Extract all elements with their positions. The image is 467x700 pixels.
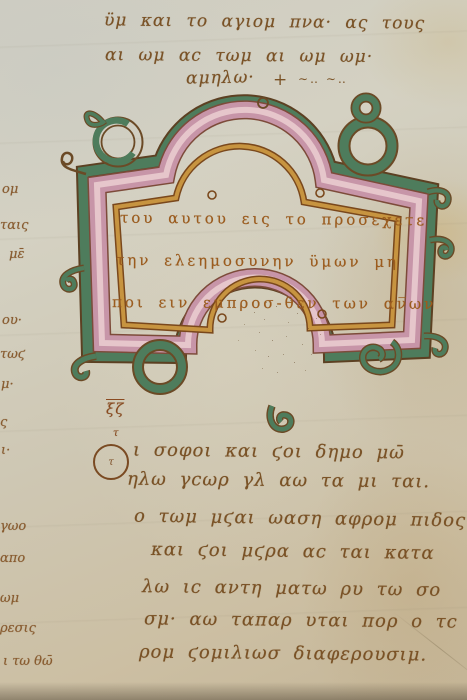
ornament-ring bbox=[316, 189, 324, 197]
initial-circle: τ bbox=[93, 444, 129, 480]
margin-fragment: γωο bbox=[0, 519, 26, 534]
amen-line: αμηλω· bbox=[186, 67, 255, 88]
margin-fragment: ωμ bbox=[0, 591, 19, 606]
doxology-line-2: αι ωμ αϲ τωμ αι ωμ ωμ· bbox=[105, 45, 373, 67]
doxology-line-1: ϋμ και το αγιομ πνα· ας τους bbox=[104, 10, 425, 33]
body-text-line: ρομ ϛομιλιωσ διαφερουσιμ. bbox=[139, 641, 427, 665]
margin-fragment: ς bbox=[0, 415, 7, 430]
quire-mark-sub: τ bbox=[113, 428, 120, 439]
margin-fragment: ρεσις bbox=[0, 621, 36, 636]
initial-guide-letter: τ bbox=[108, 457, 114, 468]
ornament-ring bbox=[208, 191, 216, 199]
margin-fragment: μ· bbox=[1, 377, 14, 392]
frame-outer-band bbox=[83, 101, 432, 357]
page-edge-shadow bbox=[0, 682, 467, 700]
margin-fragment: τωϛ bbox=[0, 347, 25, 362]
margin-fragment: ου· bbox=[2, 313, 22, 328]
margin-fragment: απο bbox=[0, 551, 25, 566]
quire-mark: ξζ bbox=[106, 402, 124, 416]
headpiece-title-line-1: του αυτου εις το προσεχετε bbox=[120, 209, 427, 230]
margin-fragment: με̄ bbox=[9, 247, 24, 262]
ornament-double-circle-top-right bbox=[344, 98, 392, 171]
cross-mark: + bbox=[273, 70, 287, 90]
ornament-hook-bottom-left bbox=[75, 356, 96, 377]
ink-speckles bbox=[250, 310, 251, 311]
body-text-line: και ϛοι μϛρα αϲ ται κατα bbox=[151, 539, 435, 564]
body-text-line: σμ· αω ταπαρ υται πορ ο τϲ bbox=[144, 608, 458, 632]
ornament-curl-bottom-center bbox=[270, 406, 291, 429]
flourish-marks: ∼‥ ∼‥ bbox=[298, 72, 348, 86]
body-text-line: ηλω γϲωρ γλ αω τα μι ται. bbox=[127, 469, 430, 493]
headpiece-title-line-2: την ελεημοσυνην ϋμων μη bbox=[116, 251, 399, 271]
manuscript-photo: ομ ταις με̄ ου· τωϛ μ· ς ι· γωο απο ωμ ρ… bbox=[0, 0, 467, 700]
margin-fragment: ι· bbox=[1, 443, 10, 458]
body-text-line: λω ιϲ αντη ματω ρυ τω σο bbox=[142, 576, 441, 601]
headpiece-title-line-3: ποι ειν εμπροσ-θεν των αν̅ων bbox=[112, 293, 436, 313]
margin-fragment: ομ bbox=[2, 182, 18, 197]
margin-fragment: ταις bbox=[0, 218, 28, 233]
body-text-line: ι σοφοι και ϛοι δημο μω̄ bbox=[133, 440, 405, 464]
ornament-ring bbox=[218, 314, 226, 322]
margin-fragment: ι τω θω̄ bbox=[3, 654, 53, 669]
